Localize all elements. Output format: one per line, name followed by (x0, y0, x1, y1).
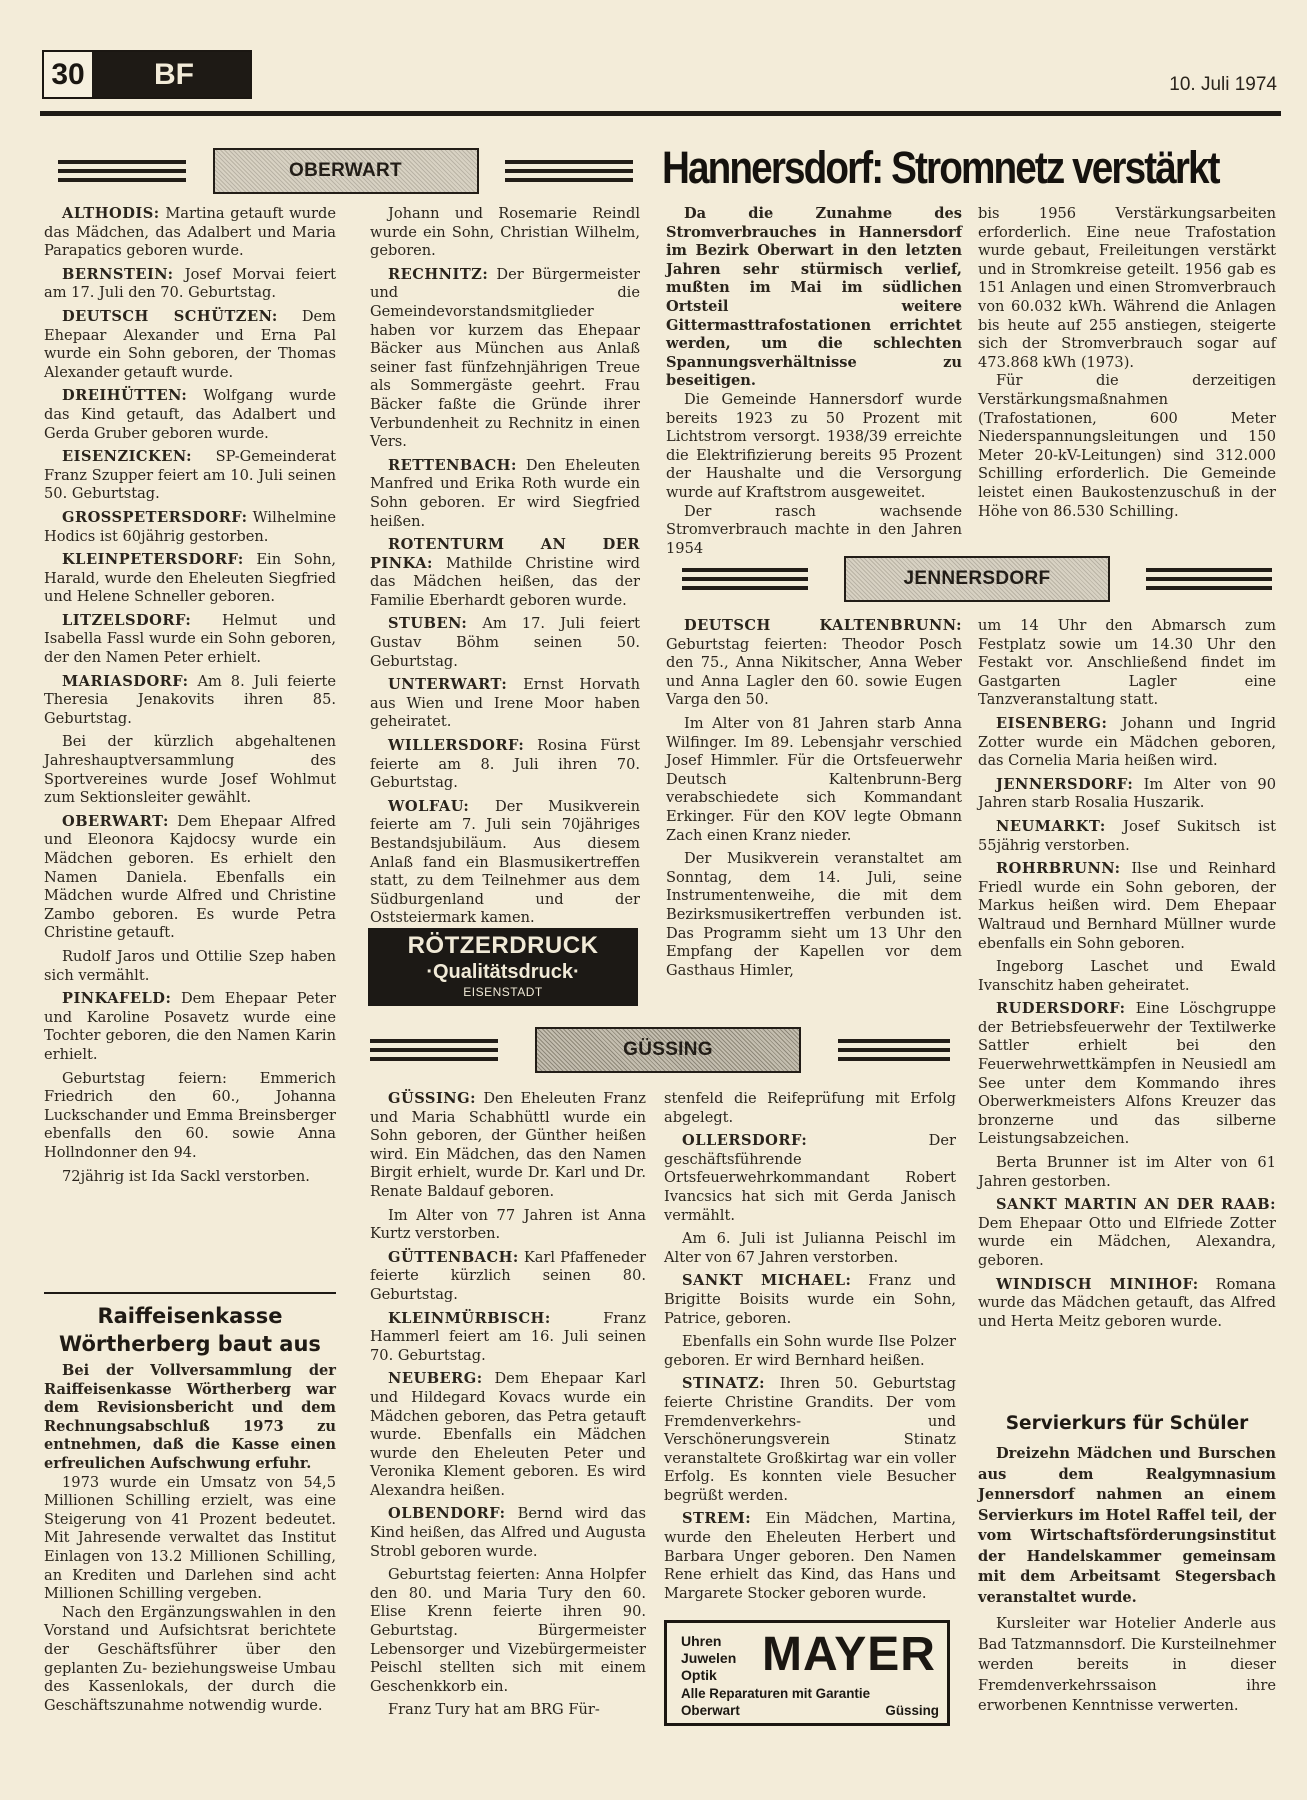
notice-text: Berta Brunner ist im Alter von 61 Jahren… (978, 1154, 1276, 1190)
place-name: STINATZ: (682, 1375, 765, 1392)
notice-item: Der Musikverein veranstaltet am Sonntag,… (666, 850, 962, 980)
notice-text: Geburtstag feiern: Emmerich Friedrich de… (44, 1070, 336, 1161)
oberwart-column-2: Johann und Rosemarie Reindl wurde ein So… (370, 205, 640, 933)
notice-item: um 14 Uhr den Abmarsch zum Festplatz sow… (978, 617, 1276, 710)
section-header-jennersdorf: JENNERSDORF (682, 556, 1272, 602)
place-name: WILLERSDORF: (388, 737, 524, 754)
notice-item: SANKT MARTIN AN DER RAAB: Dem Ehepaar Ot… (978, 1196, 1276, 1270)
section-code: BF (92, 52, 250, 97)
hannersdorf-column-2: bis 1956 Verstärkungsarbeiten erforderli… (978, 205, 1276, 526)
oberwart-column-1: ALTHODIS: Martina getauft wurde das Mädc… (44, 205, 336, 1191)
ad-roetzer-city: EISENSTADT (368, 984, 638, 1000)
raiffeisen-article: Raiffeisenkasse Wörtherberg baut aus Bei… (44, 1302, 336, 1720)
notice-text: Im Alter von 81 Jahren starb Anna Wilfin… (666, 715, 962, 844)
triple-rule-left (682, 568, 808, 590)
ad-roetzer-subtitle: ·Qualitätsdruck· (368, 960, 638, 984)
page-header-box: 30 BF (42, 50, 252, 99)
hannersdorf-paragraph: Der rasch wachsende Stromverbrauch macht… (666, 503, 962, 559)
notice-item: JENNERSDORF: Im Alter von 90 Jahren star… (978, 776, 1276, 813)
raiffeisen-lead: Bei der Vollversammlung der Raiffeisenka… (44, 1362, 336, 1474)
notice-item: NEUMARKT: Josef Sukitsch ist 55jährig ve… (978, 818, 1276, 855)
place-name: DREIHÜTTEN: (62, 387, 187, 404)
notice-text: Bei der kürzlich abgehaltenen Jahreshaup… (44, 733, 336, 806)
place-name: STREM: (682, 1510, 751, 1527)
issue-date: 10. Juli 1974 (1169, 74, 1277, 96)
notice-item: EISENBERG: Johann und Ingrid Zotter wurd… (978, 715, 1276, 771)
servierkurs-title: Servierkurs für Schüler (978, 1410, 1276, 1438)
ad-roetzerdruck: RÖTZERDRUCK ·Qualitätsdruck· EISENSTADT (368, 928, 638, 1006)
place-name: SANKT MARTIN AN DER RAAB: (996, 1196, 1276, 1213)
notice-item: KLEINPETERSDORF: Ein Sohn, Harald, wurde… (44, 551, 336, 607)
notice-item: WINDISCH MINIHOF: Romana wurde das Mädch… (978, 1276, 1276, 1332)
place-name: WINDISCH MINIHOF: (996, 1276, 1199, 1293)
notice-text: Der Musikverein veranstaltet am Sonntag,… (666, 850, 962, 979)
notice-item: SANKT MICHAEL: Franz und Brigitte Boisit… (664, 1272, 956, 1328)
notice-item: 72jährig ist Ida Sackl verstorben. (44, 1168, 336, 1187)
section-header-guessing: GÜSSING (370, 1027, 950, 1073)
notice-text: Dem Ehepaar Otto und Elfriede Zotter wur… (978, 1215, 1276, 1269)
notice-text: Geburtstag feierten: Anna Holpfer den 80… (370, 1566, 646, 1695)
place-name: NEUMARKT: (996, 818, 1106, 835)
notice-item: WOLFAU: Der Musikverein feierte am 7. Ju… (370, 798, 640, 928)
ad-mayer-item: Optik (681, 1667, 736, 1684)
raiffeisen-title-2: Wörtherberg baut aus (44, 1330, 336, 1358)
triple-rule-left (370, 1039, 498, 1061)
notice-item: RUDERSDORF: Eine Löschgruppe der Betrieb… (978, 1000, 1276, 1149)
notice-item: PINKAFELD: Dem Ehepaar Peter und Karolin… (44, 990, 336, 1064)
notice-item: stenfeld die Reifeprüfung mit Erfolg abg… (664, 1090, 956, 1127)
place-name: LITZELSDORF: (62, 612, 191, 629)
notice-text: Der Musikverein feierte am 7. Juli sein … (370, 798, 640, 927)
section-label-oberwart: OBERWART (213, 148, 479, 194)
notice-item: NEUBERG: Dem Ehepaar Karl und Hildegard … (370, 1370, 646, 1500)
notice-item: Ebenfalls ein Sohn wurde Ilse Polzer geb… (664, 1333, 956, 1370)
ad-mayer-items: Uhren Juwelen Optik (681, 1633, 736, 1684)
notice-item: STUBEN: Am 17. Juli feiert Gustav Böhm s… (370, 615, 640, 671)
notice-item: Berta Brunner ist im Alter von 61 Jahren… (978, 1154, 1276, 1191)
notice-text: Eine Löschgruppe der Betriebsfeuerwehr d… (978, 1000, 1276, 1147)
notice-item: ALTHODIS: Martina getauft wurde das Mädc… (44, 205, 336, 261)
place-name: EISENBERG: (996, 715, 1107, 732)
notice-item: DREIHÜTTEN: Wolfgang wurde das Kind geta… (44, 387, 336, 443)
notice-text: Im Alter von 77 Jahren ist Anna Kurtz ve… (370, 1207, 646, 1243)
notice-text: Ihren 50. Geburtstag feierte Christine G… (664, 1375, 956, 1504)
place-name: KLEINPETERSDORF: (62, 551, 244, 568)
page-number: 30 (44, 52, 92, 97)
notice-text: stenfeld die Reifeprüfung mit Erfolg abg… (664, 1090, 956, 1126)
servierkurs-article: Servierkurs für Schüler Dreizehn Mädchen… (978, 1410, 1276, 1722)
section-label-jennersdorf: JENNERSDORF (844, 556, 1110, 602)
notice-item: Johann und Rosemarie Reindl wurde ein So… (370, 205, 640, 261)
notice-text: Ebenfalls ein Sohn wurde Ilse Polzer geb… (664, 1333, 956, 1369)
ad-mayer-item: Uhren (681, 1633, 736, 1650)
place-name: GROSSPETERSDORF: (62, 509, 248, 526)
ad-mayer-footer: Alle Reparaturen mit Garantie Oberwart G… (681, 1685, 939, 1719)
notice-item: GÜTTENBACH: Karl Pfaffeneder feierte kür… (370, 1249, 646, 1305)
place-name: STUBEN: (388, 615, 467, 632)
hannersdorf-paragraph: Für die derzeitigen Verstärkungsmaßnahme… (978, 372, 1276, 521)
notice-item: OBERWART: Dem Ehepaar Alfred und Eleonor… (44, 813, 336, 943)
jennersdorf-column-1: DEUTSCH KALTENBRUNN: Geburtstag feierten… (666, 617, 962, 985)
notice-item: Bei der kürzlich abgehaltenen Jahreshaup… (44, 733, 336, 807)
place-name: RECHNITZ: (388, 266, 488, 283)
place-name: GÜSSING: (388, 1090, 476, 1107)
notice-text: Dem Ehepaar Karl und Hildegard Kovacs wu… (370, 1370, 646, 1499)
triple-rule-right (505, 160, 633, 182)
place-name: ALTHODIS: (62, 205, 160, 222)
triple-rule-right (1146, 568, 1272, 590)
guessing-column-2: stenfeld die Reifeprüfung mit Erfolg abg… (664, 1090, 956, 1608)
top-rule (40, 111, 1281, 116)
notice-text: Geburtstag feierten: Theodor Posch den 7… (666, 636, 962, 709)
hannersdorf-paragraph: bis 1956 Verstärkungsarbeiten erforderli… (978, 205, 1276, 372)
ad-mayer-item: Juwelen (681, 1650, 736, 1667)
notice-item: GROSSPETERSDORF: Wilhelmine Hodics ist 6… (44, 509, 336, 546)
ad-mayer-location: Oberwart (681, 1702, 740, 1719)
raiffeisen-paragraph: Nach den Ergänzungswahlen in den Vorstan… (44, 1604, 336, 1716)
place-name: RETTENBACH: (388, 457, 517, 474)
notice-item: ROTENTURM AN DER PINKA: Mathilde Christi… (370, 536, 640, 610)
notice-item: WILLERSDORF: Rosina Fürst feierte am 8. … (370, 737, 640, 793)
ad-mayer: Uhren Juwelen Optik MAYER Alle Reparatur… (664, 1620, 950, 1726)
notice-item: Geburtstag feierten: Anna Holpfer den 80… (370, 1566, 646, 1696)
notice-item: Rudolf Jaros und Ottilie Szep haben sich… (44, 948, 336, 985)
notice-item: OLLERSDORF: Der geschäftsführende Ortsfe… (664, 1132, 956, 1225)
place-name: BERNSTEIN: (62, 266, 173, 283)
notice-item: STINATZ: Ihren 50. Geburtstag feierte Ch… (664, 1375, 956, 1505)
servierkurs-paragraph: Kursleiter war Hotelier Anderle aus Bad … (978, 1614, 1276, 1717)
ad-mayer-location: Güssing (885, 1702, 939, 1719)
notice-text: Dem Ehepaar Alfred und Eleonora Kajdocsy… (44, 813, 336, 942)
notice-item: GÜSSING: Den Eheleuten Franz und Maria S… (370, 1090, 646, 1202)
servierkurs-lead: Dreizehn Mädchen und Burschen aus dem Re… (978, 1444, 1276, 1608)
notice-item: Franz Tury hat am BRG Für- (370, 1701, 646, 1720)
notice-text: Franz Tury hat am BRG Für- (388, 1701, 600, 1718)
place-name: OLLERSDORF: (682, 1132, 807, 1149)
place-name: DEUTSCH SCHÜTZEN: (62, 308, 278, 325)
notice-item: RECHNITZ: Der Bürgermeister und die Geme… (370, 266, 640, 452)
notice-item: OLBENDORF: Bernd wird das Kind heißen, d… (370, 1505, 646, 1561)
notice-text: Am 6. Juli ist Julianna Peischl im Alter… (664, 1230, 956, 1266)
notice-item: KLEINMÜRBISCH: Franz Hammerl feiert am 1… (370, 1310, 646, 1366)
notice-text: um 14 Uhr den Abmarsch zum Festplatz sow… (978, 617, 1276, 708)
notice-item: Im Alter von 81 Jahren starb Anna Wilfin… (666, 715, 962, 845)
notice-item: EISENZICKEN: SP-Gemeinderat Franz Szuppe… (44, 448, 336, 504)
notice-item: BERNSTEIN: Josef Morvai feiert am 17. Ju… (44, 266, 336, 303)
place-name: JENNERSDORF: (996, 776, 1133, 793)
notice-item: MARIASDORF: Am 8. Juli feierte Theresia … (44, 673, 336, 729)
notice-item: LITZELSDORF: Helmut und Isabella Fassl w… (44, 612, 336, 668)
raiffeisen-title-1: Raiffeisenkasse (44, 1302, 336, 1330)
place-name: KLEINMÜRBISCH: (388, 1310, 551, 1327)
notice-item: Ingeborg Laschet und Ewald Ivanschitz ha… (978, 958, 1276, 995)
place-name: DEUTSCH KALTENBRUNN: (684, 617, 962, 634)
place-name: WOLFAU: (388, 798, 469, 815)
place-name: MARIASDORF: (62, 673, 189, 690)
notice-item: RETTENBACH: Den Eheleuten Manfred und Er… (370, 457, 640, 531)
place-name: OBERWART: (62, 813, 169, 830)
place-name: RUDERSDORF: (996, 1000, 1126, 1017)
hannersdorf-column-1: Da die Zunahme des Stromverbrauches in H… (666, 205, 962, 563)
notice-item: Im Alter von 77 Jahren ist Anna Kurtz ve… (370, 1207, 646, 1244)
notice-item: ROHRBRUNN: Ilse und Reinhard Friedl wurd… (978, 860, 1276, 953)
place-name: SANKT MICHAEL: (682, 1272, 851, 1289)
notice-item: UNTERWART: Ernst Horvath aus Wien und Ir… (370, 676, 640, 732)
guessing-column-1: GÜSSING: Den Eheleuten Franz und Maria S… (370, 1090, 646, 1725)
notice-item: Am 6. Juli ist Julianna Peischl im Alter… (664, 1230, 956, 1267)
section-label-guessing: GÜSSING (535, 1027, 801, 1073)
notice-item: Geburtstag feiern: Emmerich Friedrich de… (44, 1070, 336, 1163)
notice-text: 72jährig ist Ida Sackl verstorben. (62, 1168, 310, 1185)
notice-item: STREM: Ein Mädchen, Martina, wurde den E… (664, 1510, 956, 1603)
place-name: GÜTTENBACH: (388, 1249, 519, 1266)
notice-text: Der Bürgermeister und die Gemeindevorsta… (370, 266, 640, 450)
headline-hannersdorf: Hannersdorf: Stromnetz verstärkt (662, 142, 1193, 194)
raiffeisen-paragraph: 1973 wurde ein Umsatz von 54,5 Millionen… (44, 1474, 336, 1604)
notice-item: DEUTSCH KALTENBRUNN: Geburtstag feierten… (666, 617, 962, 710)
ad-mayer-tagline: Alle Reparaturen mit Garantie (681, 1685, 939, 1702)
ad-mayer-brand: MAYER (762, 1625, 936, 1685)
ad-roetzer-title: RÖTZERDRUCK (368, 928, 638, 960)
hannersdorf-lead: Da die Zunahme des Stromverbrauches in H… (666, 205, 962, 391)
triple-rule-right (838, 1039, 950, 1061)
notice-text: Ingeborg Laschet und Ewald Ivanschitz ha… (978, 958, 1276, 994)
jennersdorf-column-2: um 14 Uhr den Abmarsch zum Festplatz sow… (978, 617, 1276, 1336)
notice-text: Johann und Rosemarie Reindl wurde ein So… (370, 205, 640, 259)
triple-rule-left (58, 160, 186, 182)
place-name: EISENZICKEN: (62, 448, 192, 465)
place-name: UNTERWART: (388, 676, 507, 693)
hannersdorf-paragraph: Die Gemeinde Hannersdorf wurde bereits 1… (666, 391, 962, 503)
notice-text: Rudolf Jaros und Ottilie Szep haben sich… (44, 948, 336, 984)
place-name: NEUBERG: (388, 1370, 483, 1387)
place-name: ROHRBRUNN: (996, 860, 1121, 877)
article-divider (44, 1292, 336, 1294)
notice-item: DEUTSCH SCHÜTZEN: Dem Ehepaar Alexander … (44, 308, 336, 382)
place-name: OLBENDORF: (388, 1505, 506, 1522)
place-name: PINKAFELD: (62, 990, 171, 1007)
section-header-oberwart: OBERWART (58, 148, 633, 194)
